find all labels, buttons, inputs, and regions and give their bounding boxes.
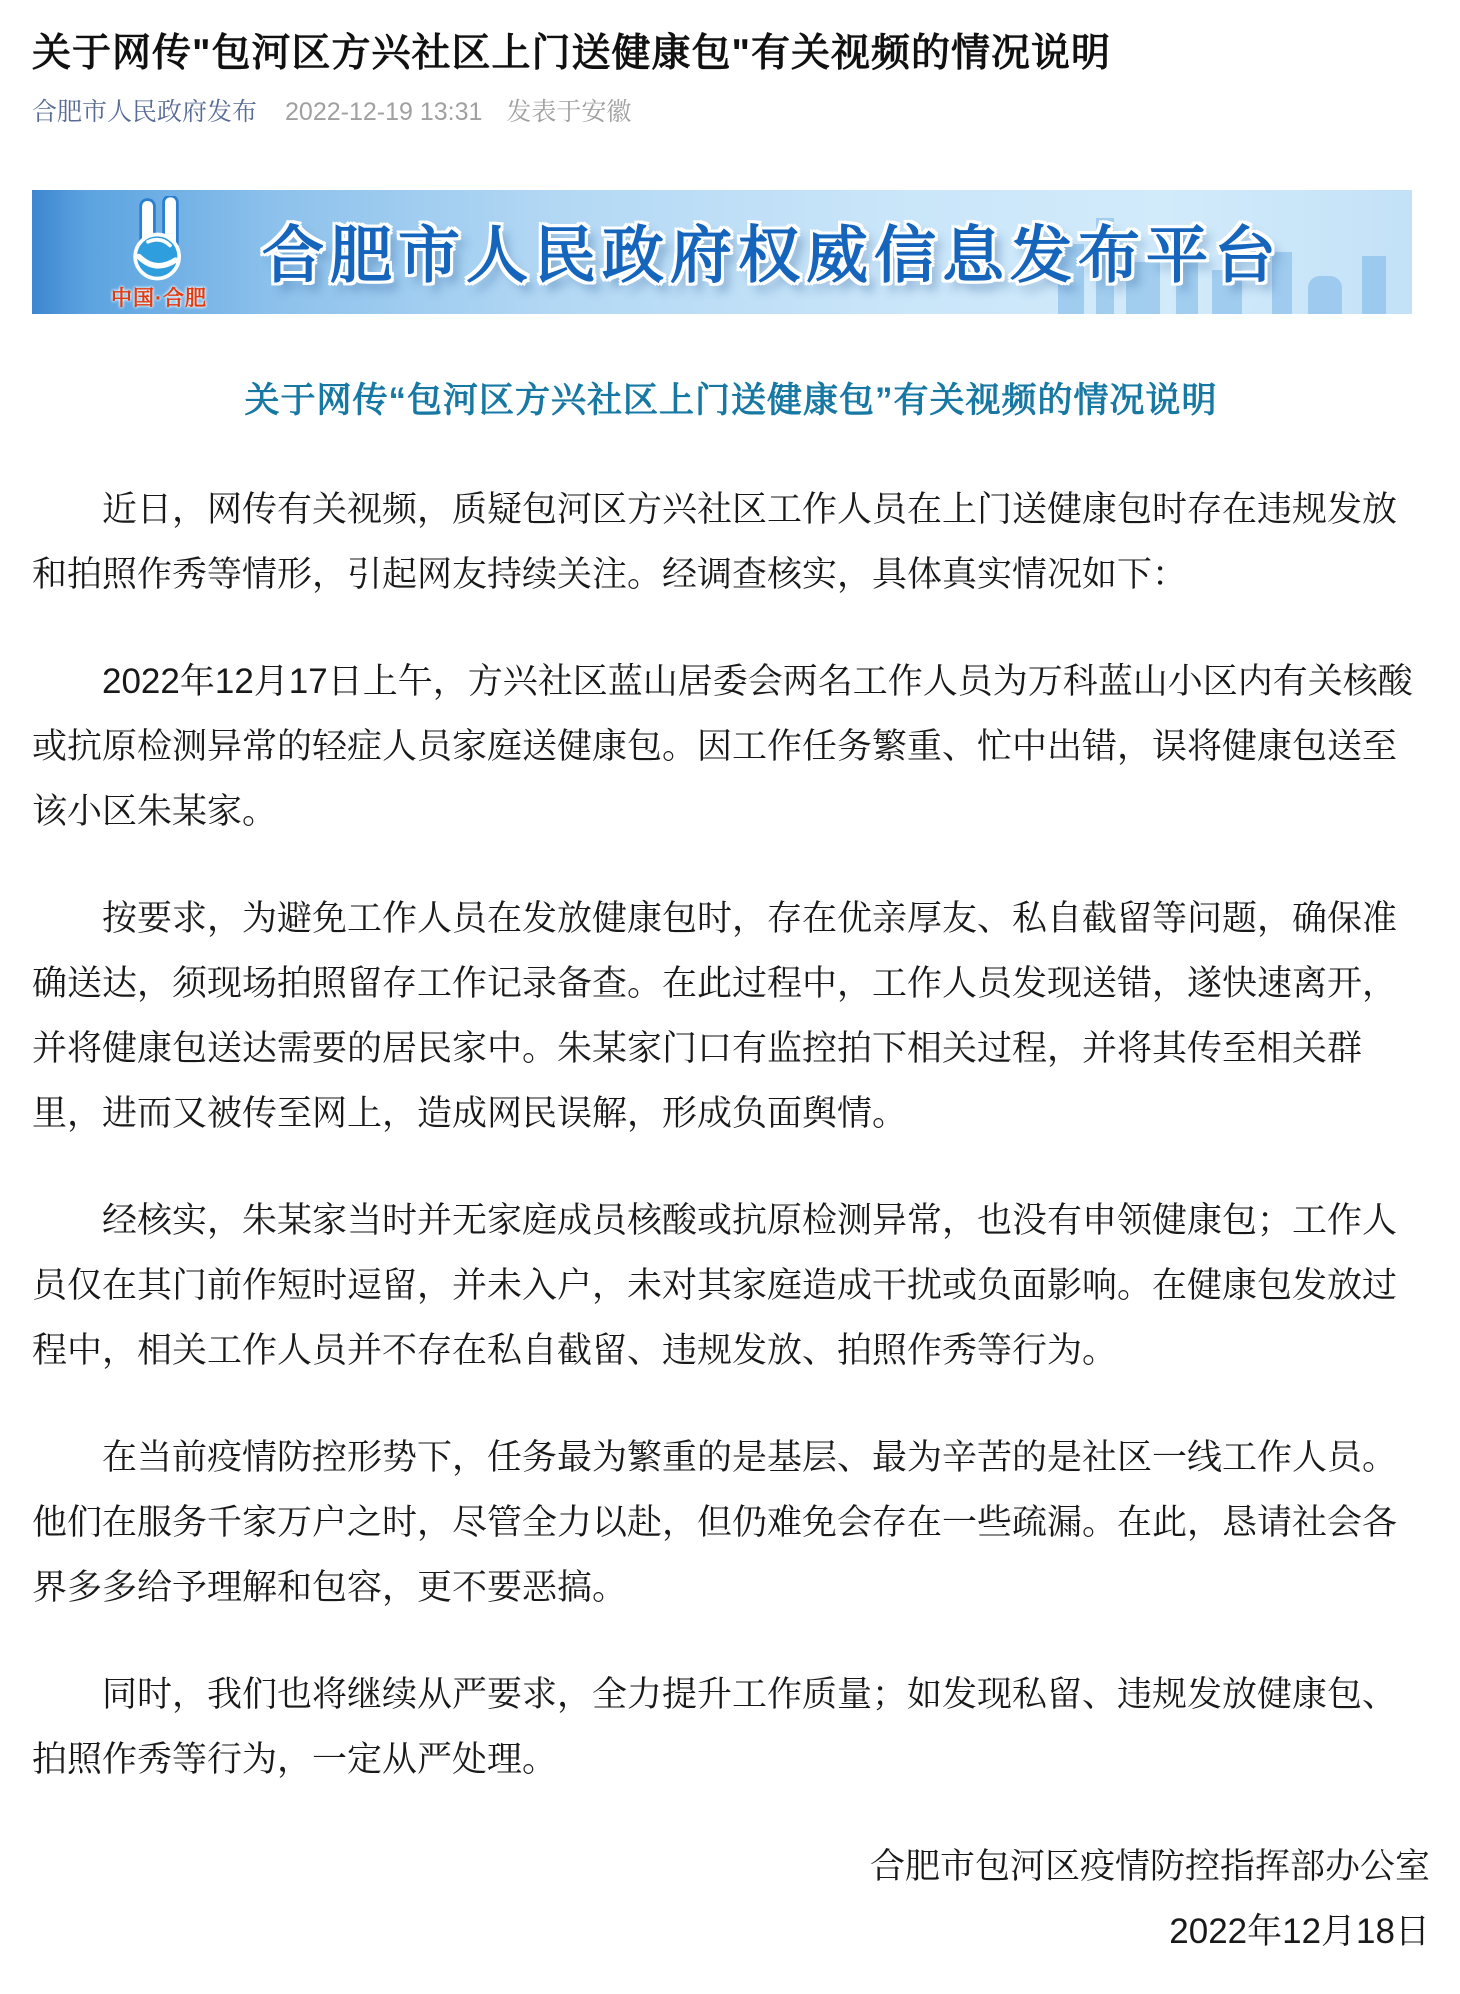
banner-image[interactable]: 中国·合肥 合肥市人民政府权威信息发布平台 <box>32 190 1412 314</box>
signature-block: 合肥市包河区疫情防控指挥部办公室 2022年12月18日 <box>32 1834 1430 1964</box>
author-link[interactable]: 合肥市人民政府发布 <box>32 95 257 130</box>
paragraph-1: 近日，网传有关视频，质疑包河区方兴社区工作人员在上门送健康包时存在违规发放和拍照… <box>32 477 1430 607</box>
signature-date: 2022年12月18日 <box>32 1899 1430 1964</box>
logo-caption: 中国·合肥 <box>94 282 224 312</box>
hefei-logo: 中国·合肥 <box>94 196 224 312</box>
paragraph-2: 2022年12月17日上午，方兴社区蓝山居委会两名工作人员为万科蓝山小区内有关核… <box>32 649 1430 844</box>
banner-title: 合肥市人民政府权威信息发布平台 <box>262 206 1282 295</box>
byline: 合肥市人民政府发布 2022-12-19 13:31 发表于安徽 <box>32 95 1430 130</box>
paragraph-6: 同时，我们也将继续从严要求，全力提升工作质量；如发现私留、违规发放健康包、拍照作… <box>32 1662 1430 1792</box>
notice-heading: 关于网传“包河区方兴社区上门送健康包”有关视频的情况说明 <box>32 376 1430 425</box>
signature: 合肥市包河区疫情防控指挥部办公室 <box>32 1834 1430 1899</box>
publish-datetime: 2022-12-19 13:31 <box>285 95 482 130</box>
article-title: 关于网传"包河区方兴社区上门送健康包"有关视频的情况说明 <box>32 26 1430 81</box>
hefei-logo-icon <box>113 196 205 284</box>
article-body: 近日，网传有关视频，质疑包河区方兴社区工作人员在上门送健康包时存在违规发放和拍照… <box>32 477 1430 1792</box>
paragraph-3: 按要求，为避免工作人员在发放健康包时，存在优亲厚友、私自截留等问题，确保准确送达… <box>32 886 1430 1146</box>
article-page: 关于网传"包河区方兴社区上门送健康包"有关视频的情况说明 合肥市人民政府发布 2… <box>0 0 1460 1994</box>
paragraph-5: 在当前疫情防控形势下，任务最为繁重的是基层、最为辛苦的是社区一线工作人员。他们在… <box>32 1425 1430 1620</box>
paragraph-4: 经核实，朱某家当时并无家庭成员核酸或抗原检测异常，也没有申领健康包；工作人员仅在… <box>32 1188 1430 1383</box>
publish-location: 发表于安徽 <box>506 95 631 130</box>
